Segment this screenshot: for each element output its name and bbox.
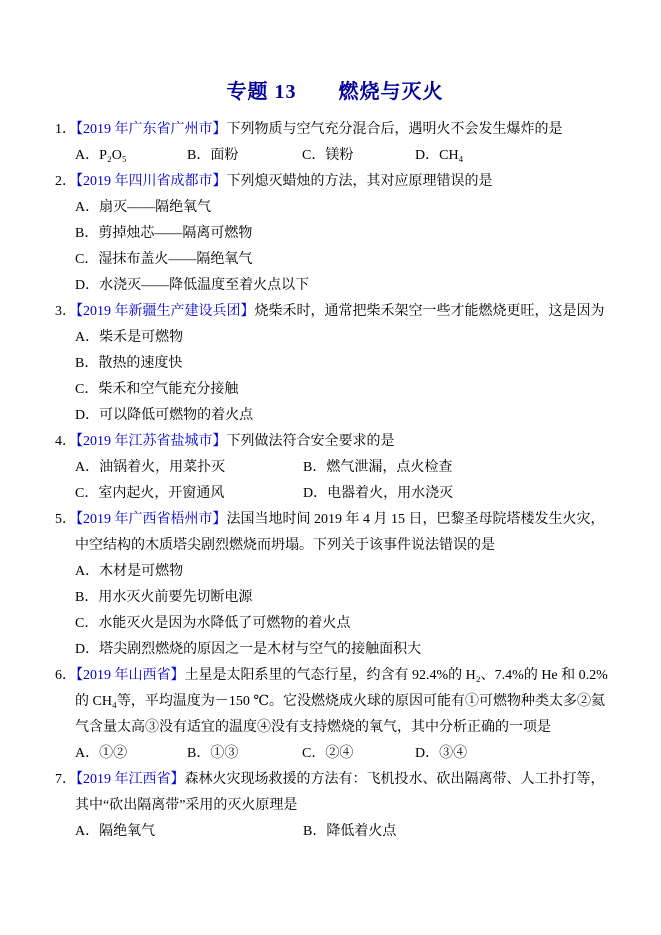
option-a: A．木材是可燃物 xyxy=(55,559,615,585)
question-text: 下列物质与空气充分混合后，遇明火不会发生爆炸的是 xyxy=(227,122,563,137)
option-d: D．电器着火，用水浇灭 xyxy=(303,481,615,507)
options-grid: A．油锅着火，用菜扑灭 B．燃气泄漏，点火检查 C．室内起火，开窗通风 D．电器… xyxy=(55,455,615,507)
options-list: A．木材是可燃物 B．用水灭火前要先切断电源 C．水能灭火是因为水降低了可燃物的… xyxy=(55,559,615,663)
question-stem: 6．【2019 年山西省】土星是太阳系里的气态行星，约含有 92.4%的 H₂、… xyxy=(55,663,615,741)
question-source: 【2019 年江西省】 xyxy=(76,772,185,787)
question-number: 2． xyxy=(55,174,76,189)
option-c: C．水能灭火是因为水降低了可燃物的着火点 xyxy=(55,611,615,637)
question-1: 1．【2019 年广东省广州市】下列物质与空气充分混合后，遇明火不会发生爆炸的是… xyxy=(55,117,615,169)
question-stem: 7．【2019 年江西省】森林火灾现场救援的方法有：飞机投水、砍出隔离带、人工扑… xyxy=(55,767,615,819)
question-source: 【2019 年新疆生产建设兵团】 xyxy=(76,304,255,319)
option-d: D．塔尖剧烈燃烧的原因之一是木材与空气的接触面积大 xyxy=(55,637,615,663)
question-source: 【2019 年四川省成都市】 xyxy=(76,174,227,189)
page-title: 专题 13 燃烧与灭火 xyxy=(55,78,615,106)
question-6: 6．【2019 年山西省】土星是太阳系里的气态行星，约含有 92.4%的 H₂、… xyxy=(55,663,615,767)
question-stem: 1．【2019 年广东省广州市】下列物质与空气充分混合后，遇明火不会发生爆炸的是 xyxy=(55,117,615,143)
question-3: 3．【2019 年新疆生产建设兵团】烧柴禾时，通常把柴禾架空一些才能燃烧更旺，这… xyxy=(55,299,615,429)
option-a: A．油锅着火，用菜扑灭 xyxy=(75,455,303,481)
question-stem: 4．【2019 年江苏省盐城市】下列做法符合安全要求的是 xyxy=(55,429,615,455)
option-b: B．降低着火点 xyxy=(303,819,615,845)
question-number: 7． xyxy=(55,772,76,787)
options-list: A．柴禾是可燃物 B．散热的速度快 C．柴禾和空气能充分接触 D．可以降低可燃物… xyxy=(55,325,615,429)
document-page: 专题 13 燃烧与灭火 1．【2019 年广东省广州市】下列物质与空气充分混合后… xyxy=(0,0,661,935)
question-source: 【2019 年广西省梧州市】 xyxy=(76,512,227,527)
option-c: C．室内起火，开窗通风 xyxy=(75,481,303,507)
question-number: 5． xyxy=(55,512,76,527)
question-stem: 5．【2019 年广西省梧州市】法国当地时间 2019 年 4 月 15 日，巴… xyxy=(55,507,615,559)
option-d: D．③④ xyxy=(415,741,615,767)
question-2: 2．【2019 年四川省成都市】下列熄灭蜡烛的方法，其对应原理错误的是 A．扇灭… xyxy=(55,169,615,299)
question-text: 下列做法符合安全要求的是 xyxy=(227,434,395,449)
option-b: B．面粉 xyxy=(187,143,302,169)
options-row: A．隔绝氧气 B．降低着火点 xyxy=(55,819,615,845)
option-d: D．水浇灭——降低温度至着火点以下 xyxy=(55,273,615,299)
option-c: C．柴禾和空气能充分接触 xyxy=(55,377,615,403)
option-b: B．剪掉烛芯——隔离可燃物 xyxy=(55,221,615,247)
question-text: 下列熄灭蜡烛的方法，其对应原理错误的是 xyxy=(227,174,493,189)
question-source: 【2019 年山西省】 xyxy=(76,668,185,683)
question-7: 7．【2019 年江西省】森林火灾现场救援的方法有：飞机投水、砍出隔离带、人工扑… xyxy=(55,767,615,845)
options-row: A．①② B．①③ C．②④ D．③④ xyxy=(55,741,615,767)
option-a: A．隔绝氧气 xyxy=(75,819,303,845)
question-4: 4．【2019 年江苏省盐城市】下列做法符合安全要求的是 A．油锅着火，用菜扑灭… xyxy=(55,429,615,507)
option-c: C．湿抹布盖火——隔绝氧气 xyxy=(55,247,615,273)
question-number: 4． xyxy=(55,434,76,449)
question-stem: 3．【2019 年新疆生产建设兵团】烧柴禾时，通常把柴禾架空一些才能燃烧更旺，这… xyxy=(55,299,615,325)
option-a: A．P₂O₅ xyxy=(75,143,187,169)
question-number: 6． xyxy=(55,668,76,683)
option-c: C．镁粉 xyxy=(302,143,415,169)
option-b: B．散热的速度快 xyxy=(55,351,615,377)
option-a: A．柴禾是可燃物 xyxy=(55,325,615,351)
question-5: 5．【2019 年广西省梧州市】法国当地时间 2019 年 4 月 15 日，巴… xyxy=(55,507,615,663)
question-stem: 2．【2019 年四川省成都市】下列熄灭蜡烛的方法，其对应原理错误的是 xyxy=(55,169,615,195)
option-b: B．用水灭火前要先切断电源 xyxy=(55,585,615,611)
option-a: A．①② xyxy=(75,741,187,767)
option-d: D．CH₄ xyxy=(415,143,615,169)
options-row: A．P₂O₅ B．面粉 C．镁粉 D．CH₄ xyxy=(55,143,615,169)
question-source: 【2019 年江苏省盐城市】 xyxy=(76,434,227,449)
option-c: C．②④ xyxy=(302,741,415,767)
option-b: B．①③ xyxy=(187,741,302,767)
question-number: 3． xyxy=(55,304,76,319)
option-a: A．扇灭——隔绝氧气 xyxy=(55,195,615,221)
question-source: 【2019 年广东省广州市】 xyxy=(76,122,227,137)
option-b: B．燃气泄漏，点火检查 xyxy=(303,455,615,481)
option-d: D．可以降低可燃物的着火点 xyxy=(55,403,615,429)
document-body: 专题 13 燃烧与灭火 1．【2019 年广东省广州市】下列物质与空气充分混合后… xyxy=(0,78,661,845)
question-number: 1． xyxy=(55,122,76,137)
question-text: 烧柴禾时，通常把柴禾架空一些才能燃烧更旺，这是因为 xyxy=(255,304,605,319)
options-list: A．扇灭——隔绝氧气 B．剪掉烛芯——隔离可燃物 C．湿抹布盖火——隔绝氧气 D… xyxy=(55,195,615,299)
